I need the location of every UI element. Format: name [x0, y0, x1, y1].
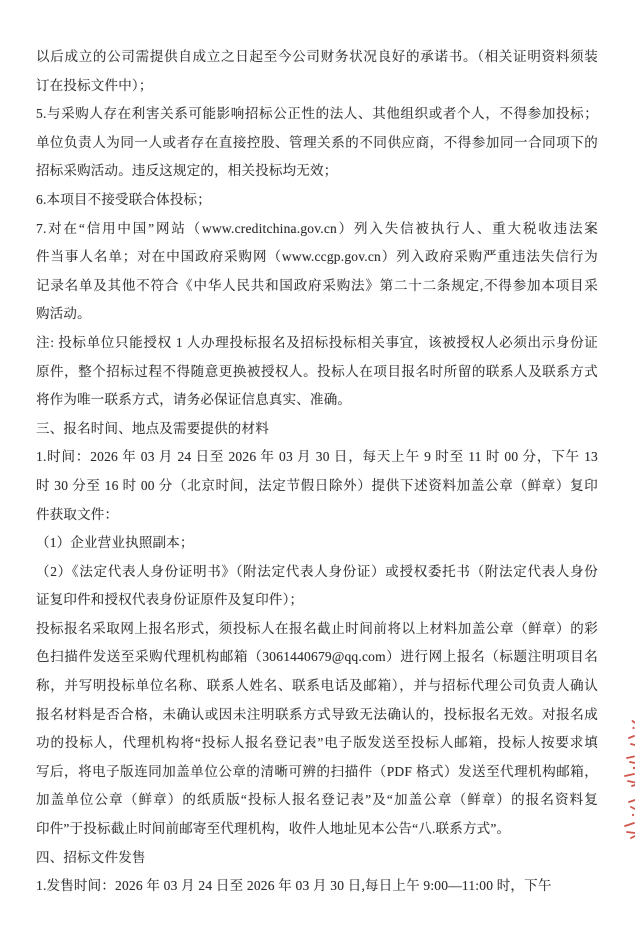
document-line: 招标采购活动。违反这规定的，相关投标均无效；	[36, 157, 598, 186]
page: { "page": { "background": "#ffffff", "te…	[0, 0, 635, 930]
document-line: （2）《法定代表人身份证明书》（附法定代表人身份证）或授权委托书（附法定代表人身…	[36, 558, 598, 587]
document-line: 写后，将电子版连同加盖单位公章的清晰可辨的扫描件（PDF 格式）发送至代理机构邮…	[36, 758, 598, 787]
document-line: 原件，整个招标过程不得随意更换被授权人。投标人在项目报名时所留的联系人及联系方式	[36, 358, 598, 387]
document-line: 5.与采购人存在利害关系可能影响招标公正性的法人、其他组织或者个人，不得参加投标…	[36, 100, 598, 129]
document-line: 投标报名采取网上报名形式，须投标人在报名截止时间前将以上材料加盖公章（鲜章）的彩	[36, 615, 598, 644]
document-line: 将作为唯一联系方式，请务必保证信息真实、准确。	[36, 386, 598, 415]
document-line: 件获取文件：	[36, 501, 598, 530]
document-line: 单位负责人为同一人或者存在直接控股、管理关系的不同供应商，不得参加同一合同项下的	[36, 129, 598, 158]
document-line: 功的投标人，代理机构将“投标人报名登记表”电子版发送至投标人邮箱，投标人按要求填	[36, 729, 598, 758]
document-line: 注: 投标单位只能授权 1 人办理投标报名及招标投标相关事宜，该被授权人必须出示…	[36, 329, 598, 358]
document-line: 购活动。	[36, 300, 598, 329]
document-line: 色扫描件发送至采购代理机构邮箱（3061440679@qq.com）进行网上报名…	[36, 643, 598, 672]
document-line: （1）企业营业执照副本；	[36, 529, 598, 558]
document-line: 7.对在“信用中国”网站（www.creditchina.gov.cn）列入失信…	[36, 215, 598, 244]
document-line: 四、招标文件发售	[36, 844, 598, 873]
document-line: 1.发售时间：2026 年 03 月 24 日至 2026 年 03 月 30 …	[36, 872, 598, 901]
document-line: 称，并写明投标单位名称、联系人姓名、联系电话及邮箱），并与招标代理公司负责人确认	[36, 672, 598, 701]
document-line: 件当事人名单；对在中国政府采购网（www.ccgp.gov.cn）列入政府采购严…	[36, 243, 598, 272]
document-line: 报名材料是否合格，未确认或因未注明联系方式导致无法确认的，投标报名无效。对报名成	[36, 701, 598, 730]
document-line: 1.时间：2026 年 03 月 24 日至 2026 年 03 月 30 日，…	[36, 443, 598, 472]
document-line: 证复印件和授权代表身份证原件及复印件）；	[36, 586, 598, 615]
document-body: 以后成立的公司需提供自成立之日起至今公司财务状况良好的承诺书。（相关证明资料须装…	[36, 43, 598, 901]
red-ink-marks	[622, 716, 635, 848]
document-line: 订在投标文件中）；	[36, 72, 598, 101]
document-line: 以后成立的公司需提供自成立之日起至今公司财务状况良好的承诺书。（相关证明资料须装	[36, 43, 598, 72]
document-line: 记录名单及其他不符合《中华人民共和国政府采购法》第二十二条规定,不得参加本项目采	[36, 272, 598, 301]
document-line: 加盖单位公章（鲜章）的纸质版“投标人报名登记表”及“加盖公章（鲜章）的报名资料复	[36, 786, 598, 815]
document-line: 6.本项目不接受联合体投标；	[36, 186, 598, 215]
document-line: 时 30 分至 16 时 00 分（北京时间，法定节假日除外）提供下述资料加盖公…	[36, 472, 598, 501]
document-line: 印件”于投标截止时间前邮寄至代理机构，收件人地址见本公告“八.联系方式”。	[36, 815, 598, 844]
document-line: 三、报名时间、地点及需要提供的材料	[36, 415, 598, 444]
